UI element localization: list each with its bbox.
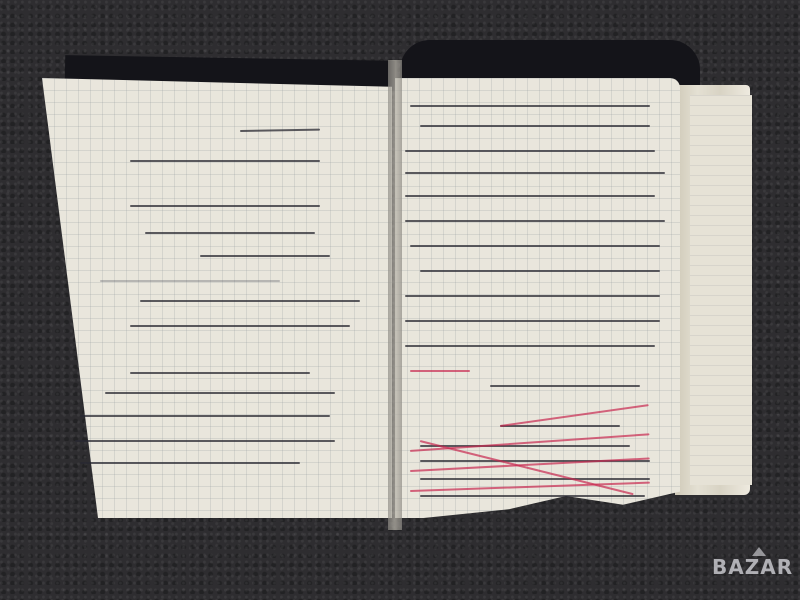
handwriting-line xyxy=(420,478,650,480)
handwriting-line xyxy=(145,232,315,234)
handwriting-line xyxy=(490,385,640,387)
handwriting-line xyxy=(130,325,350,327)
handwriting-line xyxy=(410,105,650,107)
handwriting-line xyxy=(410,245,660,247)
handwriting-line xyxy=(75,440,335,442)
handwriting-line xyxy=(405,345,655,347)
handwriting-line xyxy=(130,160,320,162)
handwriting-line xyxy=(405,195,655,197)
handwriting-line xyxy=(405,172,665,174)
red-strikethrough xyxy=(410,370,470,372)
back-page xyxy=(690,95,752,485)
handwriting-line xyxy=(80,462,300,464)
handwriting-line-faint xyxy=(100,280,280,282)
handwriting-line xyxy=(105,392,335,394)
handwriting-line xyxy=(200,255,330,257)
left-page xyxy=(42,78,392,518)
photo-scene: BAZAR xyxy=(0,0,800,600)
handwriting-line xyxy=(140,300,360,302)
handwriting-line xyxy=(80,415,330,417)
handwriting-line xyxy=(130,372,310,374)
handwriting-line xyxy=(405,220,665,222)
handwriting-line xyxy=(500,425,620,427)
handwriting-line xyxy=(405,150,655,152)
handwriting-line xyxy=(420,495,645,497)
handwriting-line xyxy=(130,205,320,207)
handwriting-line xyxy=(405,295,660,297)
right-page xyxy=(395,78,680,518)
handwriting-line xyxy=(420,125,650,127)
handwriting-line xyxy=(420,270,660,272)
notebook-spine xyxy=(388,60,402,530)
handwriting-line xyxy=(405,320,660,322)
watermark-text: BAZAR xyxy=(712,555,793,579)
